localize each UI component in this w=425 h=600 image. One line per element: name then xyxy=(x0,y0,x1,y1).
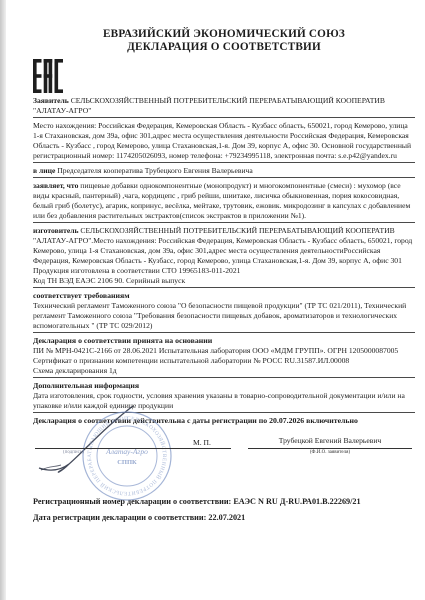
signature-note: (подпись) xyxy=(63,450,84,455)
round-stamp: СЕЛЬСКОХОЗЯЙСТВЕННЫЙ ПОТРЕБИТЕЛЬСКИЙ ПЕР… xyxy=(79,408,175,504)
declares-products: пищевые добавки однокомпонентные (монопр… xyxy=(33,181,410,220)
manufacturer-label: изготовитель xyxy=(33,226,78,235)
signer-name-line xyxy=(248,448,412,449)
signature-area: СЕЛЬСКОХОЗЯЙСТВЕННЫЙ ПОТРЕБИТЕЛЬСКИЙ ПЕР… xyxy=(33,430,415,488)
basis-section: Декларация о соответствии принята на осн… xyxy=(33,336,415,378)
additional-info-header: Дополнительная информация xyxy=(33,381,415,391)
compliance-regulations: Технический регламент Таможенного союза … xyxy=(33,301,415,331)
registration-date-line: Дата регистрации декларации о соответств… xyxy=(33,510,415,526)
in-person-paragraph: в лице Председателя кооператива Трубецко… xyxy=(33,166,415,178)
scan-edge xyxy=(0,0,6,600)
manufacturer-section: изготовитель СЕЛЬСКОХОЗЯЙСТВЕННЫЙ ПОТРЕБ… xyxy=(33,226,415,288)
stamp-place-label: М. П. xyxy=(193,438,211,447)
registration-number-value: ЕАЭС N RU Д-RU.РА01.В.22269/21 xyxy=(233,497,360,506)
document-title-line1: ЕВРАЗИЙСКИЙ ЭКОНОМИЧЕСКИЙ СОЮЗ xyxy=(33,28,415,41)
signer-name-note: (Ф.И.О. заявителя) xyxy=(248,450,412,455)
declaration-document: ЕВРАЗИЙСКИЙ ЭКОНОМИЧЕСКИЙ СОЮЗ ДЕКЛАРАЦИ… xyxy=(0,0,425,600)
signer-name: Трубецкой Евгений Валерьевич xyxy=(248,436,412,445)
in-person-name: Председателя кооператива Трубецкого Евге… xyxy=(57,166,252,175)
tnved-line: Код ТН ВЭД ЕАЭС 2106 90. Серийный выпуск xyxy=(33,276,415,286)
signature-line xyxy=(35,448,231,449)
sto-line: Продукция изготовлена в соответствии СТО… xyxy=(33,266,415,276)
manufacturer-info: СЕЛЬСКОХОЗЯЙСТВЕННЫЙ ПОТРЕБИТЕЛЬСКИЙ ПЕР… xyxy=(33,226,412,265)
registration-date-label: Дата регистрации декларации о соответств… xyxy=(33,513,206,522)
registration-date-value: 22.07.2021 xyxy=(208,513,245,522)
applicant-label: Заявитель xyxy=(33,96,69,105)
basis-header: Декларация о соответствии принята на осн… xyxy=(33,336,415,346)
applicant-paragraph: Заявитель СЕЛЬСКОХОЗЯЙСТВЕННЫЙ ПОТРЕБИТЕ… xyxy=(33,96,415,118)
manufacturer-paragraph: изготовитель СЕЛЬСКОХОЗЯЙСТВЕННЫЙ ПОТРЕБ… xyxy=(33,226,415,266)
in-person-label: в лице xyxy=(33,166,55,175)
declares-label: заявляет, что xyxy=(33,181,78,190)
document-title-line2: ДЕКЛАРАЦИЯ О СООТВЕТСТВИИ xyxy=(33,41,415,54)
applicant-address: Место нахождения: Российская Федерация, … xyxy=(33,121,415,163)
applicant-name: СЕЛЬСКОХОЗЯЙСТВЕННЫЙ ПОТРЕБИТЕЛЬСКИЙ ПЕР… xyxy=(33,96,385,115)
stamp-inner-abbr: СППК xyxy=(117,459,137,466)
declares-paragraph: заявляет, что пищевые добавки однокомпон… xyxy=(33,181,415,223)
compliance-header: соответствует требованиям xyxy=(33,291,415,301)
eac-logo-icon xyxy=(33,59,63,93)
compliance-section: соответствует требованиям Технический ре… xyxy=(33,291,415,333)
basis-text: ПИ № МРН-0421С-2166 от 28.06.2021 Испыта… xyxy=(33,346,415,366)
declaration-scheme: Схема декларирования 1д xyxy=(33,366,415,376)
